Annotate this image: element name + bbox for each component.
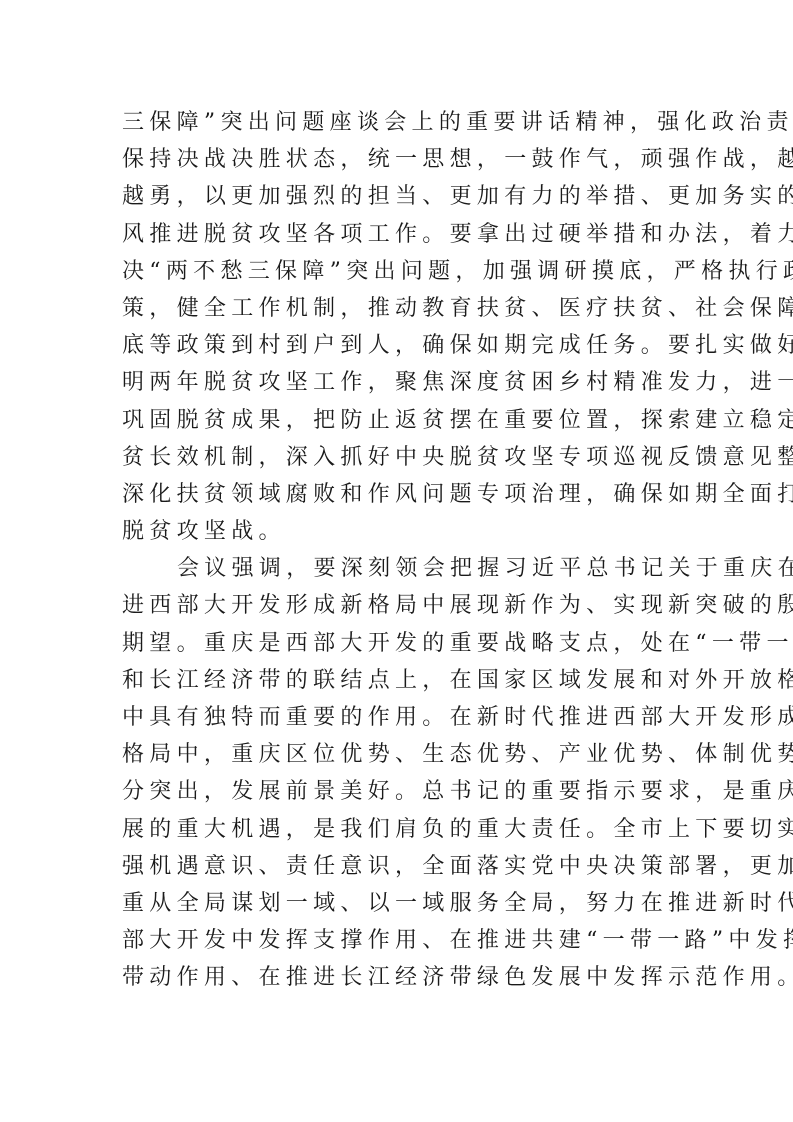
paragraph-1-line: 决“两不愁三保障”突出问题，加强调研摸底，严格执行政 <box>122 253 682 290</box>
paragraph-2-line: 中具有独特而重要的作用。在新时代推进西部大开发形成新 <box>122 699 682 736</box>
paragraph-1-line: 巩固脱贫成果，把防止返贫摆在重要位置，探索建立稳定脱 <box>122 402 682 439</box>
paragraph-1-line: 三保障”突出问题座谈会上的重要讲话精神，强化政治责任， <box>122 104 682 141</box>
document-page: 三保障”突出问题座谈会上的重要讲话精神，强化政治责任， 保持决战决胜状态，统一思… <box>0 0 793 1122</box>
paragraph-2-line: 进西部大开发形成新格局中展现新作为、实现新突破的殷切 <box>122 587 682 624</box>
paragraph-2-line: 格局中，重庆区位优势、生态优势、产业优势、体制优势十 <box>122 736 682 773</box>
paragraph-2-line: 和长江经济带的联结点上，在国家区域发展和对外开放格局 <box>122 662 682 699</box>
paragraph-2-line: 部大开发中发挥支撑作用、在推进共建“一带一路”中发挥 <box>122 922 682 959</box>
paragraph-2-line: 带动作用、在推进长江经济带绿色发展中发挥示范作用。 <box>122 959 682 996</box>
paragraph-1-line: 明两年脱贫攻坚工作，聚焦深度贫困乡村精准发力，进一步 <box>122 364 682 401</box>
paragraph-1-line: 风推进脱贫攻坚各项工作。要拿出过硬举措和办法，着力解 <box>122 216 682 253</box>
paragraph-1-line: 深化扶贫领域腐败和作风问题专项治理，确保如期全面打赢 <box>122 476 682 513</box>
paragraph-2-first-line: 会议强调，要深刻领会把握习近平总书记关于重庆在推 <box>122 550 682 587</box>
paragraph-2-line: 重从全局谋划一域、以一域服务全局，努力在推进新时代西 <box>122 885 682 922</box>
paragraph-1-line: 贫长效机制，深入抓好中央脱贫攻坚专项巡视反馈意见整改， <box>122 439 682 476</box>
paragraph-1-line: 越勇，以更加强烈的担当、更加有力的举措、更加务实的作 <box>122 178 682 215</box>
paragraph-2-line: 期望。重庆是西部大开发的重要战略支点，处在“一带一路” <box>122 625 682 662</box>
paragraph-1-line: 脱贫攻坚战。 <box>122 513 682 550</box>
paragraph-1-line: 底等政策到村到户到人，确保如期完成任务。要扎实做好今 <box>122 327 682 364</box>
paragraph-2-line: 强机遇意识、责任意识，全面落实党中央决策部署，更加注 <box>122 848 682 885</box>
paragraph-2-line: 分突出，发展前景美好。总书记的重要指示要求，是重庆发 <box>122 773 682 810</box>
paragraph-1-line: 保持决战决胜状态，统一思想，一鼓作气，顽强作战，越战 <box>122 141 682 178</box>
paragraph-1-line: 策，健全工作机制，推动教育扶贫、医疗扶贫、社会保障兜 <box>122 290 682 327</box>
paragraph-2-line: 展的重大机遇，是我们肩负的重大责任。全市上下要切实增 <box>122 811 682 848</box>
body-text: 三保障”突出问题座谈会上的重要讲话精神，强化政治责任， 保持决战决胜状态，统一思… <box>122 104 682 997</box>
